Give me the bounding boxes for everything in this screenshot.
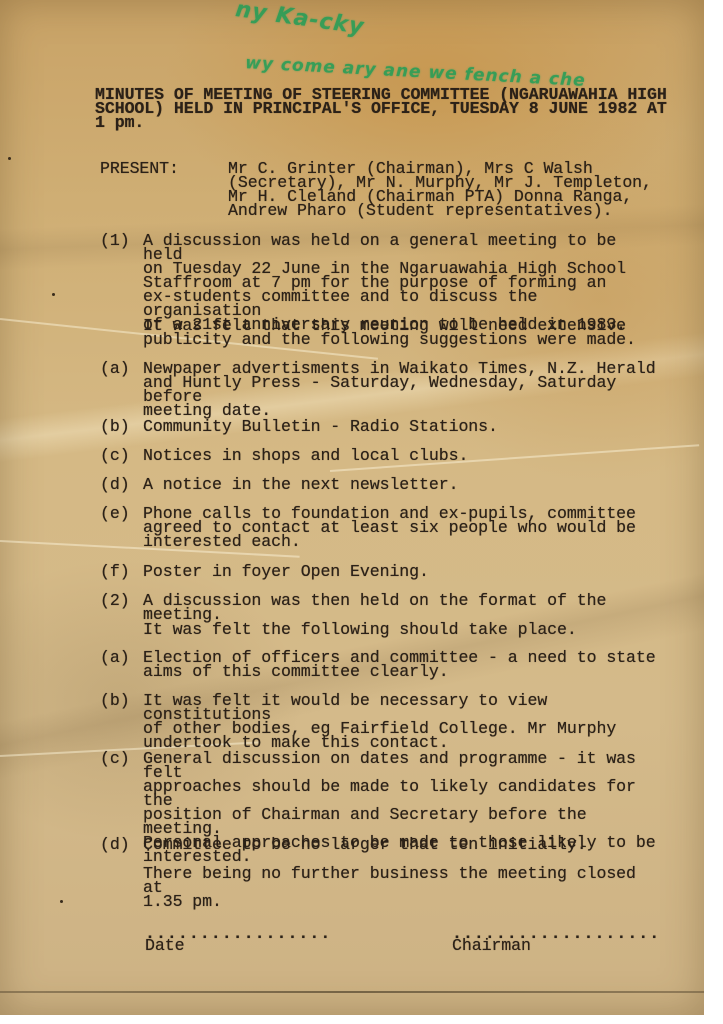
item-number: (d) [100,478,130,492]
item-text: Election of officers and committee - a n… [143,651,663,679]
item-text: Committee to be no larger that ten initi… [143,838,663,852]
item-text: It was felt it would be necessary to vie… [143,694,663,750]
item-number: (b) [100,694,130,708]
present-attendees: Mr C. Grinter (Chairman), Mrs C Walsh (S… [228,162,668,218]
item-text: Notices in shops and local clubs. [143,449,663,463]
item-number: (c) [100,449,130,463]
item-number: (c) [100,752,130,766]
chairman-label: Chairman [452,939,531,953]
item-text: Community Bulletin - Radio Stations. [143,420,663,434]
item-number: (1) [100,234,130,248]
item-number: (2) [100,594,130,608]
date-label: Date [145,939,184,953]
item-number: (d) [100,838,130,852]
item-number: (b) [100,420,130,434]
minutes-document: MINUTES OF MEETING OF STEERING COMMITTEE… [0,0,704,1015]
item-text: Poster in foyer Open Evening. [143,565,663,579]
item-number: (a) [100,651,130,665]
item-number: (e) [100,507,130,521]
item-text: Newpaper advertisments in Waikato Times,… [143,362,663,418]
present-label: PRESENT: [100,162,179,176]
paragraph-closing: There being no further business the meet… [143,867,663,909]
document-title: MINUTES OF MEETING OF STEERING COMMITTEE… [95,88,705,130]
item-number: (f) [100,565,130,579]
item-text: A notice in the next newsletter. [143,478,663,492]
paragraph-publicity: It was felt that this meeting will need … [143,319,663,347]
item-text: Phone calls to foundation and ex-pupils,… [143,507,663,549]
paragraph-format: It was felt the following should take pl… [143,623,663,637]
item-number: (a) [100,362,130,376]
item-text: A discussion was then held on the format… [143,594,663,622]
